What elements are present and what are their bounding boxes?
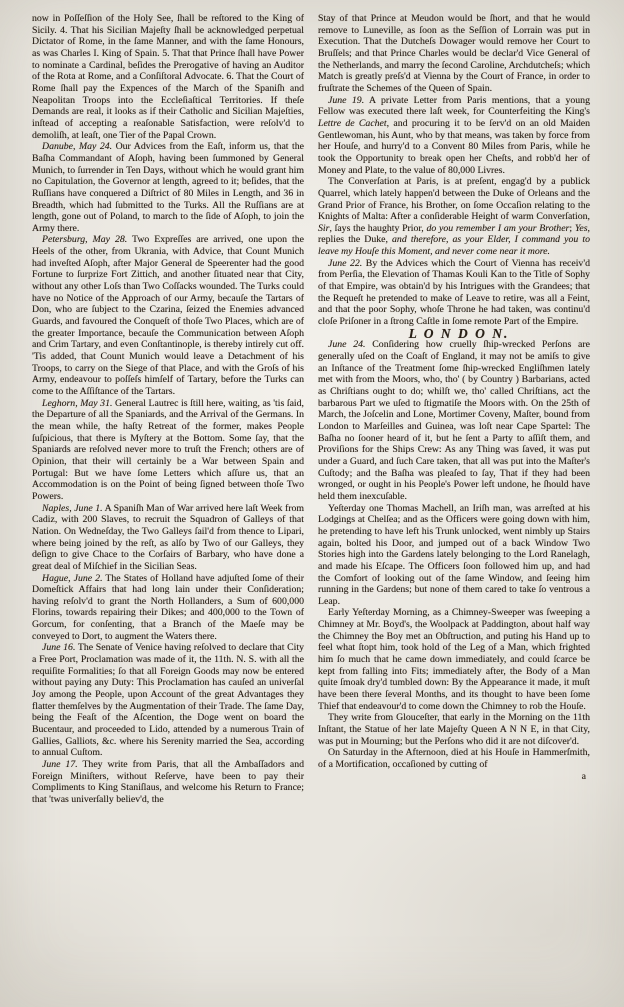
italic-phrase: do you remember I am your Brother	[426, 223, 569, 234]
italic-phrase: Yes	[575, 223, 588, 234]
paragraph-text: General Lautrec is ſtill here, waiting, …	[32, 398, 304, 502]
paragraph-naples-june-1: Naples, June 1. A Spaniſh Man of War arr…	[32, 503, 304, 573]
dateline: June 22.	[328, 258, 362, 269]
paragraph-danube-may-24: Danube, May 24. Our Advices from the Eaſ…	[32, 141, 304, 234]
paragraph-petersburg-may-28: Petersburg, May 28. Two Expreſſes are ar…	[32, 234, 304, 397]
paragraph-text: now in Poſſeſſion of the Holy See, ſhall…	[32, 13, 304, 141]
paragraph-text: Conſidering how cruelly ſhip-wrecked Per…	[318, 339, 590, 502]
dateline: Naples, June 1.	[42, 503, 103, 514]
italic-phrase: Sir	[318, 223, 329, 234]
paragraph-text: Our Advices from the Eaſt, inform us, th…	[32, 141, 304, 234]
dateline: June 17.	[42, 759, 78, 770]
paragraph-text: , ſays the haughty Prior,	[329, 223, 426, 234]
left-column: now in Poſſeſſion of the Holy See, ſhall…	[32, 13, 304, 1001]
paragraph-thomas-machell: Yeſterday one Thomas Machell, an Iriſh m…	[318, 503, 590, 608]
paragraph-hammersmith-death: On Saturday in the Afternoon, died at hi…	[318, 747, 590, 770]
catchword: a	[318, 771, 590, 783]
paragraph-leghorn-may-31: Leghorn, May 31. General Lautrec is ſtil…	[32, 398, 304, 503]
paragraph-chimney-sweeper: Early Yeſterday Morning, as a Chimney-Sw…	[318, 607, 590, 712]
italic-phrase: Lettre de Cachet	[318, 118, 387, 129]
paragraph-text: Two Expreſſes are arrived, one upon the …	[32, 234, 304, 397]
paragraph-paris-quarrel: The Converſation at Paris, is at preſent…	[318, 176, 590, 258]
dateline: June 24.	[328, 339, 366, 350]
paragraph-text: Yeſterday one Thomas Machell, an Iriſh m…	[318, 503, 590, 607]
paragraph-text: By the Advices which the Court of Vienna…	[318, 258, 590, 327]
dateline: June 19.	[328, 95, 364, 106]
paragraph-text: Stay of that Prince at Meudon would be ſ…	[318, 13, 590, 94]
paragraph-gloucester-statue: They write from Glouceſter, that early i…	[318, 712, 590, 747]
dateline: Petersburg, May 28.	[42, 234, 127, 245]
dateline: Hague, June 2.	[42, 573, 103, 584]
paragraph-paris-june-17: June 17. They write from Paris, that all…	[32, 759, 304, 806]
dateline: June 16.	[42, 642, 75, 653]
paragraph-text: On Saturday in the Afternoon, died at hi…	[318, 747, 590, 770]
paragraph-holy-see-continuation: now in Poſſeſſion of the Holy See, ſhall…	[32, 13, 304, 141]
paragraph-text: The Converſation at Paris, is at preſent…	[318, 176, 590, 222]
paragraph-text: They write from Glouceſter, that early i…	[318, 712, 590, 746]
paragraph-meudon-continuation: Stay of that Prince at Meudon would be ſ…	[318, 13, 590, 95]
dateline: Leghorn, May 31.	[42, 398, 112, 409]
right-column: Stay of that Prince at Meudon would be ſ…	[318, 13, 590, 1001]
paragraph-shipwreck-june-24: June 24. Conſidering how cruelly ſhip-wr…	[318, 339, 590, 502]
paragraph-hague-june-2: Hague, June 2. The States of Holland hav…	[32, 573, 304, 643]
paragraph-paris-june-19: June 19. A private Letter from Paris men…	[318, 95, 590, 177]
dateline: Danube, May 24.	[42, 141, 112, 152]
paragraph-text: The Senate of Venice having reſolved to …	[32, 642, 304, 758]
newspaper-page: now in Poſſeſſion of the Holy See, ſhall…	[0, 0, 624, 1007]
paragraph-venice-june-16: June 16. The Senate of Venice having reſ…	[32, 642, 304, 759]
section-header-london: L O N D O N.	[318, 328, 590, 340]
paragraph-text: Early Yeſterday Morning, as a Chimney-Sw…	[318, 607, 590, 711]
paragraph-vienna-june-22: June 22. By the Advices which the Court …	[318, 258, 590, 328]
